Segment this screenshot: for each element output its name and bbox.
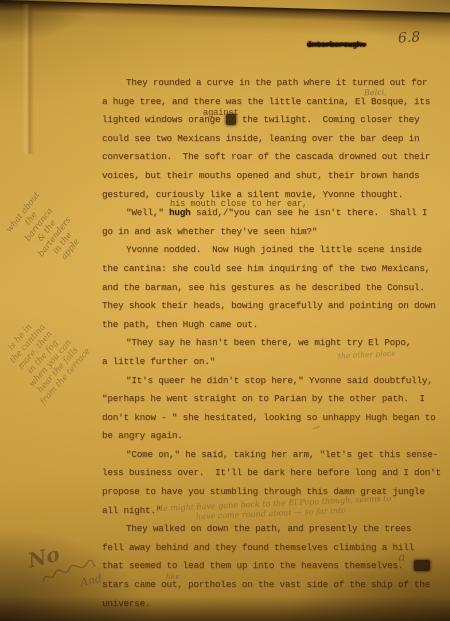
typed-line: They walked on down the path, and presen…	[102, 520, 450, 539]
typed-line: the path, then Hugh came out.	[102, 316, 450, 335]
typed-line: go in and ask whether they've seen him?"	[102, 223, 450, 242]
typed-line: be angry again.	[102, 427, 450, 446]
typed-text: fell away behind and they found themselv…	[102, 542, 414, 553]
typed-text: the cantina: she could see him inquiring…	[102, 263, 430, 274]
typed-line: and the barman, see his gestures as he d…	[102, 279, 450, 298]
typed-line: "They say he hasn't been there, we might…	[102, 334, 450, 353]
paper-top-fold	[0, 0, 450, 39]
typed-text: a huge tree, and there was the little ca…	[102, 96, 430, 107]
typed-text: stars came out, portholes on the vast si…	[102, 579, 430, 590]
typed-text: a little further on."	[102, 356, 215, 367]
typed-line: don't know - " she hesitated, looking so…	[102, 409, 450, 428]
typed-text: universe.	[102, 598, 150, 609]
typed-text: gestured, curiously like a silent movie,…	[102, 189, 403, 200]
typed-text: "Come on," he said, taking her arm, "let…	[126, 449, 438, 460]
typed-text: They rounded a curve in the path where i…	[126, 77, 427, 88]
typed-text: don't know - " she hesitated, looking so…	[102, 412, 436, 423]
pencil-margin-note-lower: is he inthe cantinamore, thenin the fogw…	[0, 285, 112, 429]
typed-insertion-against: against	[203, 108, 239, 118]
typed-text: less business over. It'll be dark here b…	[102, 467, 441, 478]
typed-text: They walked on down the path, and presen…	[126, 523, 411, 534]
typed-line: "Come on," he said, taking her arm, "let…	[102, 446, 450, 465]
manuscript-page: Interborough. 6.8 They rounded a curve i…	[0, 0, 450, 621]
typescript-body: They rounded a curve in the path where i…	[102, 74, 450, 613]
typed-text: the twilight. Coming closer they	[236, 114, 419, 125]
overstruck-header-stamp: Interborough.	[307, 40, 366, 50]
typed-text: voices, but their mouths opened and shut…	[102, 170, 419, 181]
overstruck-word: The	[414, 560, 430, 571]
pencil-margin-note-upper: what aboutthebarranca& thebartendersin t…	[0, 163, 111, 299]
typed-line: They rounded a curve in the path where i…	[102, 74, 450, 93]
typed-text: could see two Mexicans inside, leaning o…	[102, 133, 419, 144]
typed-line: a huge tree, and there was the little ca…	[102, 93, 450, 112]
typed-line: less business over. It'll be dark here b…	[102, 464, 450, 483]
typed-text: "perhaps he went straight on to Parian b…	[102, 393, 425, 404]
typed-line: lighted windows orange in the twilight. …	[102, 111, 450, 130]
paper-crease	[22, 4, 34, 154]
typed-line: voices, but their mouths opened and shut…	[102, 167, 450, 186]
typed-text: and the barman, see his gestures as he d…	[102, 282, 425, 293]
page-number-handwritten: 6.8	[397, 29, 420, 47]
typed-line: universe.	[102, 595, 450, 614]
typed-text: be angry again.	[102, 430, 183, 441]
typed-insertion-ear: his mouth close to her ear,	[170, 199, 307, 209]
typed-line: "It's queer he didn't stop here," Yvonne…	[102, 372, 450, 391]
typed-text: "It's queer he didn't stop here," Yvonne…	[126, 375, 433, 386]
typed-text: the path, then Hugh came out.	[102, 319, 258, 330]
typed-text: conversation. The soft roar of the casca…	[102, 151, 430, 162]
typed-line: stars came out, portholes on the vast si…	[102, 576, 450, 595]
typed-line: Yvonne nodded. Now Hugh joined the littl…	[102, 241, 450, 260]
typed-line: conversation. The soft roar of the casca…	[102, 148, 450, 167]
typed-text: They shook their heads, bowing gracefull…	[102, 300, 436, 311]
typed-line: a little further on."	[102, 353, 450, 372]
typed-text: go in and ask whether they've seen him?"	[102, 226, 317, 237]
typed-line: the cantina: she could see him inquiring…	[102, 260, 450, 279]
typed-text: that seemed to lead them up into the hea…	[102, 560, 414, 571]
typed-line: "perhaps he went straight on to Parian b…	[102, 390, 450, 409]
typed-text: Yvonne nodded. Now Hugh joined the littl…	[126, 244, 422, 255]
typed-line: They shook their heads, bowing gracefull…	[102, 297, 450, 316]
pencil-like-insert: like	[166, 572, 180, 581]
typed-text: "They say he hasn't been there, we might…	[126, 337, 411, 348]
typed-text: "Well,"	[126, 207, 169, 218]
pencil-a-insert: a	[397, 550, 406, 565]
pencil-cantina-rename: Belci,	[364, 88, 387, 98]
typed-text: all night."	[102, 505, 161, 516]
typed-line: could see two Mexicans inside, leaning o…	[102, 130, 450, 149]
